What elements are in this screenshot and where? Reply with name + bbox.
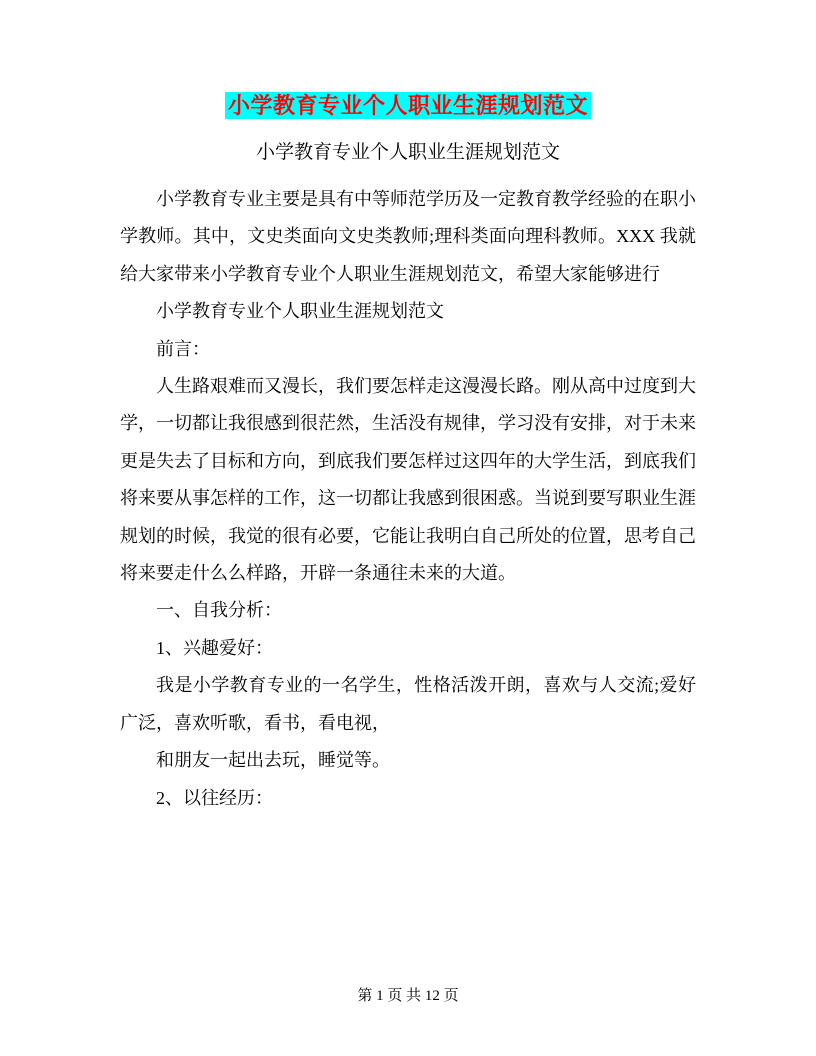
document-page: 小学教育专业个人职业生涯规划范文 小学教育专业个人职业生涯规划范文 小学教育专业…	[0, 0, 816, 1056]
page-footer: 第 1 页 共 12 页	[0, 986, 816, 1006]
highlighted-title-text: 小学教育专业个人职业生涯规划范文	[225, 92, 591, 119]
document-body: 小学教育专业主要是具有中等师范学历及一定教育教学经验的在职小学教师。其中，文史类…	[120, 181, 696, 817]
paragraph-hobby-body-2: 和朋友一起出去玩，睡觉等。	[120, 742, 696, 779]
paragraph-preface-body: 人生路艰难而又漫长，我们要怎样走这漫漫长路。刚从高中过度到大学，一切都让我很感到…	[120, 368, 696, 592]
paragraph-history-heading: 2、以往经历：	[120, 780, 696, 817]
paragraph-hobby-heading: 1、兴趣爱好：	[120, 630, 696, 667]
paragraph-hobby-body: 我是小学教育专业的一名学生，性格活泼开朗，喜欢与人交流;爱好广泛，喜欢听歌，看书…	[120, 667, 696, 742]
document-subtitle: 小学教育专业个人职业生涯规划范文	[120, 141, 696, 165]
paragraph-section-1-heading: 一、自我分析：	[120, 592, 696, 629]
document-content: 小学教育专业个人职业生涯规划范文 小学教育专业个人职业生涯规划范文 小学教育专业…	[0, 92, 816, 817]
document-title: 小学教育专业个人职业生涯规划范文	[120, 92, 696, 119]
paragraph-preface-heading: 前言：	[120, 331, 696, 368]
paragraph-title-repeat: 小学教育专业个人职业生涯规划范文	[120, 293, 696, 330]
page-number-label: 第 1 页 共 12 页	[357, 988, 458, 1004]
paragraph-intro: 小学教育专业主要是具有中等师范学历及一定教育教学经验的在职小学教师。其中，文史类…	[120, 181, 696, 293]
